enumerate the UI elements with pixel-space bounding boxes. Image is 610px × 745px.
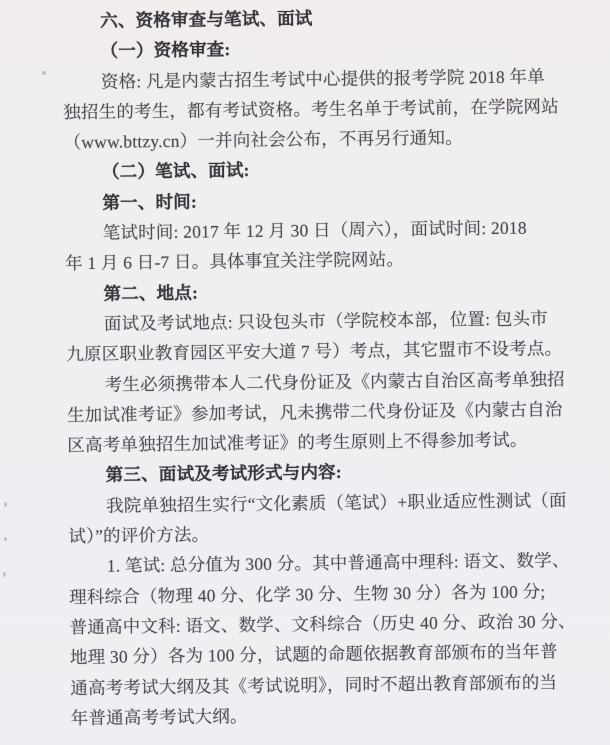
text-line: 我院单独招生实行“文化素质（笔试）+职业适应性测试（面: [68, 485, 576, 522]
document-body: 六、资格审查与笔试、面试（一）资格审查:资格: 凡是内蒙古招生考试中心提供的报考…: [0, 0, 610, 734]
scanned-page: 六、资格审查与笔试、面试（一）资格审查:资格: 凡是内蒙古招生考试中心提供的报考…: [0, 0, 610, 745]
text-line: 独招生的考生，都有考试资格。考生名单于考试前，在学院网站: [63, 91, 571, 128]
text-line: 年普通高考考试大纲。: [71, 697, 579, 734]
scan-speck: [4, 537, 7, 541]
scan-speck: [3, 572, 6, 577]
text-line: 通高考考试大纲及其《考试说明》，同时不超出教育部颁布的当: [70, 667, 578, 704]
scan-speck: [42, 71, 46, 75]
scan-speck: [4, 502, 7, 507]
